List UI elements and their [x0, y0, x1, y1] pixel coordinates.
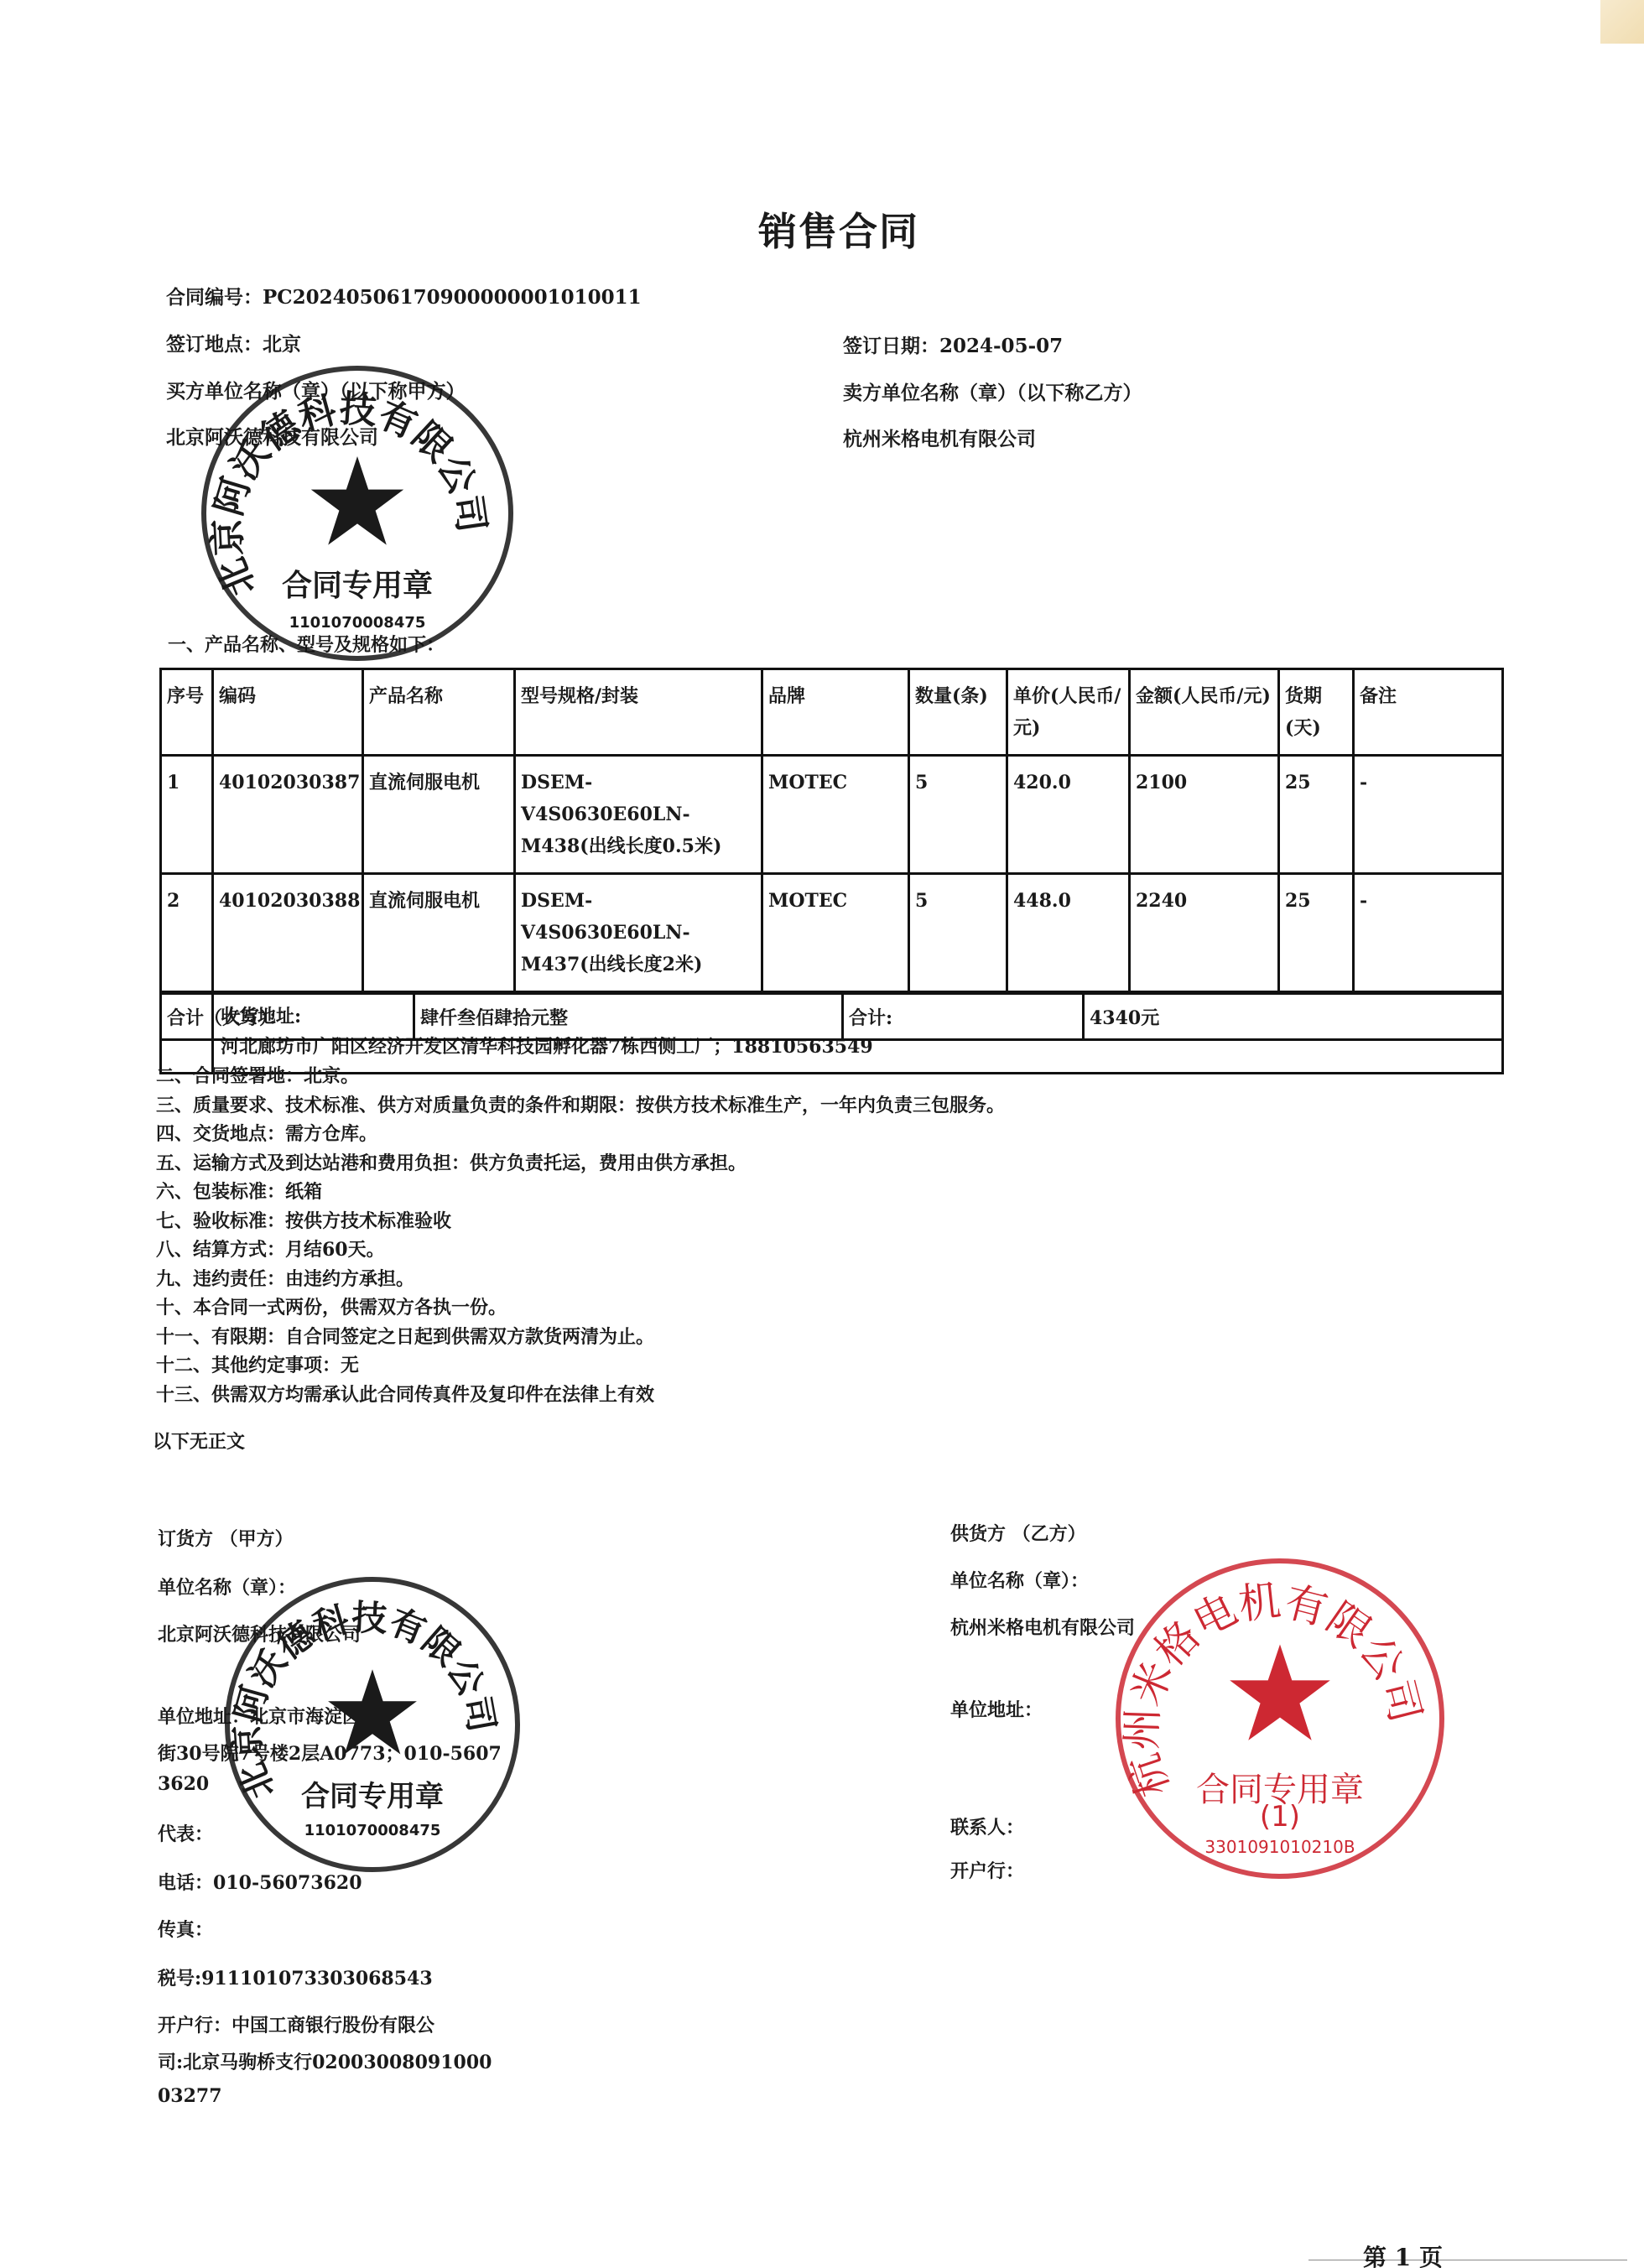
cell-brand: MOTEC [762, 874, 909, 992]
cell-lead-days: 25 [1279, 874, 1354, 992]
sign-date-label: 签订日期： [843, 335, 939, 357]
col-header-brand: 品牌 [762, 669, 909, 756]
buyer-label: 买方单位名称（章）（以下称甲方） [166, 376, 466, 403]
seal-code: 1101070008475 [289, 614, 426, 632]
contract-number: 合同编号：PC20240506170900000001010011 [166, 282, 642, 310]
clause-item: 六、包装标准：纸箱 [156, 1178, 1005, 1207]
party-a-address-line1: 北京市海淀区xx [250, 1706, 382, 1728]
cell-name: 直流伺服电机 [363, 874, 515, 992]
clause-item: 四、交货地点：需方仓库。 [156, 1120, 1005, 1149]
party-a-rep-label: 代表： [158, 1820, 213, 1846]
clause-item: 七、验收标准：按供方技术标准验收 [156, 1207, 1005, 1236]
cell-brand: MOTEC [762, 756, 909, 874]
party-a-unit-name-label: 单位名称（章）： [158, 1574, 296, 1600]
total-upper-label: 合计（大写）： [161, 994, 414, 1040]
col-header-no: 序号 [161, 669, 213, 756]
clause-item: 九、违约责任：由违约方承担。 [156, 1265, 1005, 1294]
end-note: 以下无正文 [153, 1428, 245, 1454]
cell-unit-price: 420.0 [1007, 756, 1130, 874]
party-b-unit-name-label: 单位名称（章）： [950, 1567, 1089, 1593]
document-title: 销售合同 [0, 201, 1644, 257]
party-a-tax: 税号:91110107330306854​3 [158, 1964, 433, 1990]
table-header-row: 序号 编码 产品名称 型号规格/封装 品牌 数量(条) 单价(人民币/元) 金额… [161, 669, 1503, 756]
party-a-address-line2: 街30号院7号楼2层A0773；010-5607 [158, 1740, 502, 1766]
table-row: 2 40102030388 直流伺服电机 DSEM-V4S0630E60LN-M… [161, 874, 1503, 992]
cell-amount: 2240 [1130, 874, 1279, 992]
buyer-seal-top: 北京阿沃德科技有限公司 合同专用章 1101070008475 [201, 366, 513, 661]
sign-place-label: 签订地点： [166, 333, 263, 356]
seller-label: 卖方单位名称（章）（以下称乙方） [843, 377, 1142, 405]
cell-name: 直流伺服电机 [363, 756, 515, 874]
sign-date-value: 2024-05-07 [939, 335, 1063, 357]
cell-unit-price: 448.0 [1007, 874, 1130, 992]
party-a-address-label: 单位地址： [158, 1706, 250, 1728]
svg-text:杭州米格电机有限公司: 杭州米格电机有限公司 [1121, 1576, 1430, 1803]
party-a-phone-value: 010-56073620 [213, 1872, 362, 1894]
col-header-name: 产品名称 [363, 669, 515, 756]
cell-qty: 5 [909, 756, 1007, 874]
party-b-bank-label: 开户行： [950, 1857, 1024, 1883]
seal-center-text: 合同专用章 [282, 562, 433, 605]
svg-text:北京阿沃德科技有限公司: 北京阿沃德科技有限公司 [206, 388, 493, 602]
seal-code: 1101070008475 [304, 1822, 441, 1839]
party-a-bank: 开户行：中国工商银行股份有限公 [158, 2011, 434, 2037]
sign-place-value: 北京 [263, 333, 301, 356]
contract-number-value: PC20240506170900000001010011 [263, 286, 642, 309]
seal-ring-text: 杭州米格电机有限公司 [1121, 1563, 1439, 1874]
clause-item: 十一、有限期：自合同签定之日起到供需双方款货两清为止。 [156, 1323, 1005, 1352]
cell-lead-days: 25 [1279, 756, 1354, 874]
cell-remark: - [1354, 756, 1503, 874]
party-a-bank-line1: 中国工商银行股份有限公 [232, 2015, 434, 2037]
table-row: 1 40102030387 直流伺服电机 DSEM-V4S0630E60LN-M… [161, 756, 1503, 874]
col-header-remark: 备注 [1354, 669, 1503, 756]
seller-seal: 杭州米格电机有限公司 合同专用章 (1) 3301091010210B [1116, 1558, 1444, 1879]
clause-item: 三、质量要求、技术标准、供方对质量负责的条件和期限：按供方技术标准生产，一年内负… [156, 1091, 1005, 1121]
col-header-lead-days: 货期(天) [1279, 669, 1354, 756]
seal-code: 3301091010210B [1204, 1837, 1355, 1857]
cell-no: 2 [161, 874, 213, 992]
party-a-address: 单位地址：北京市海淀区xx [158, 1703, 382, 1729]
cell-no: 1 [161, 756, 213, 874]
cell-spec: DSEM-V4S0630E60LN-M437(出线长度2米) [515, 874, 762, 992]
buyer-name: 北京阿沃德科技有限公司 [166, 422, 378, 450]
star-icon [1225, 1639, 1334, 1748]
col-header-spec: 型号规格/封装 [515, 669, 762, 756]
contract-clauses: 二、合同签署地：北京。 三、质量要求、技术标准、供方对质量负责的条件和期限：按供… [156, 1062, 1005, 1409]
cell-remark: - [1354, 874, 1503, 992]
party-a-phone-label: 电话： [158, 1872, 213, 1894]
sign-place: 签订地点：北京 [166, 329, 301, 356]
party-a-bank-line2: 司:北京马驹桥支行02003008091000 [158, 2048, 492, 2074]
col-header-unit-price: 单价(人民币/元) [1007, 669, 1130, 756]
party-a-bank-line3: 03277 [158, 2085, 222, 2107]
party-a-bank-label: 开户行： [158, 2015, 232, 2037]
party-b-heading: 供货方 （乙方） [950, 1520, 1086, 1546]
col-header-qty: 数量(条) [909, 669, 1007, 756]
col-header-code: 编码 [213, 669, 363, 756]
party-a-unit-name: 北京阿沃德科技有限公司 [158, 1620, 361, 1646]
sign-date: 签订日期：2024-05-07 [843, 330, 1063, 358]
party-b-contact-label: 联系人： [950, 1813, 1024, 1839]
cell-spec: DSEM-V4S0630E60LN-M438(出线长度0.5米) [515, 756, 762, 874]
star-icon [307, 451, 408, 552]
party-a-fax-label: 传真： [158, 1916, 213, 1942]
clause-item: 十三、供需双方均需承认此合同传真件及复印件在法律上有效 [156, 1381, 1005, 1410]
seal-ring-text: 北京阿沃德科技有限公司 [206, 371, 508, 656]
page-corner-tab [1600, 0, 1644, 44]
cell-qty: 5 [909, 874, 1007, 992]
section1-heading: 一、产品名称、型号及规格如下： [168, 631, 445, 657]
cell-code: 40102030387 [213, 756, 363, 874]
seller-name: 杭州米格电机有限公司 [843, 424, 1036, 451]
col-header-amount: 金额(人民币/元) [1130, 669, 1279, 756]
party-b-unit-name: 杭州米格电机有限公司 [950, 1614, 1135, 1640]
total-upper-value: 肆仟叁佰肆拾元整 [414, 994, 843, 1040]
party-b-address-label: 单位地址： [950, 1696, 1043, 1722]
party-a-phone: 电话：010-56073620 [158, 1869, 362, 1895]
total-value: 4340元 [1084, 994, 1503, 1040]
seal-center-text: 合同专用章 [1196, 1763, 1364, 1811]
party-a-address-line3: 3620 [158, 1773, 209, 1795]
page-number: 第 1 页 [1363, 2239, 1443, 2268]
party-a-heading: 订货方 （甲方） [158, 1525, 294, 1551]
clause-item: 二、合同签署地：北京。 [156, 1062, 1005, 1091]
contract-number-label: 合同编号： [166, 286, 263, 309]
clause-item: 十二、其他约定事项：无 [156, 1351, 1005, 1381]
party-a-tax-label: 税号: [158, 1968, 201, 1990]
total-row: 合计（大写）： 肆仟叁佰肆拾元整 合计: 4340元 [161, 994, 1503, 1040]
clause-item: 五、运输方式及到达站港和费用负担：供方负责托运，费用由供方承担。 [156, 1149, 1005, 1178]
total-label: 合计: [843, 994, 1084, 1040]
cell-amount: 2100 [1130, 756, 1279, 874]
seal-center-text: 合同专用章 [301, 1773, 444, 1814]
seal-sub-text: (1) [1260, 1800, 1300, 1834]
party-a-tax-value: 91110107330306854​3 [201, 1968, 433, 1990]
cell-code: 40102030388 [213, 874, 363, 992]
clause-item: 八、结算方式：月结60天。 [156, 1235, 1005, 1265]
footer-divider [1308, 2260, 1627, 2260]
clause-item: 十、本合同一式两份，供需双方各执一份。 [156, 1293, 1005, 1323]
total-table: 合计（大写）： 肆仟叁佰肆拾元整 合计: 4340元 [159, 992, 1504, 1041]
